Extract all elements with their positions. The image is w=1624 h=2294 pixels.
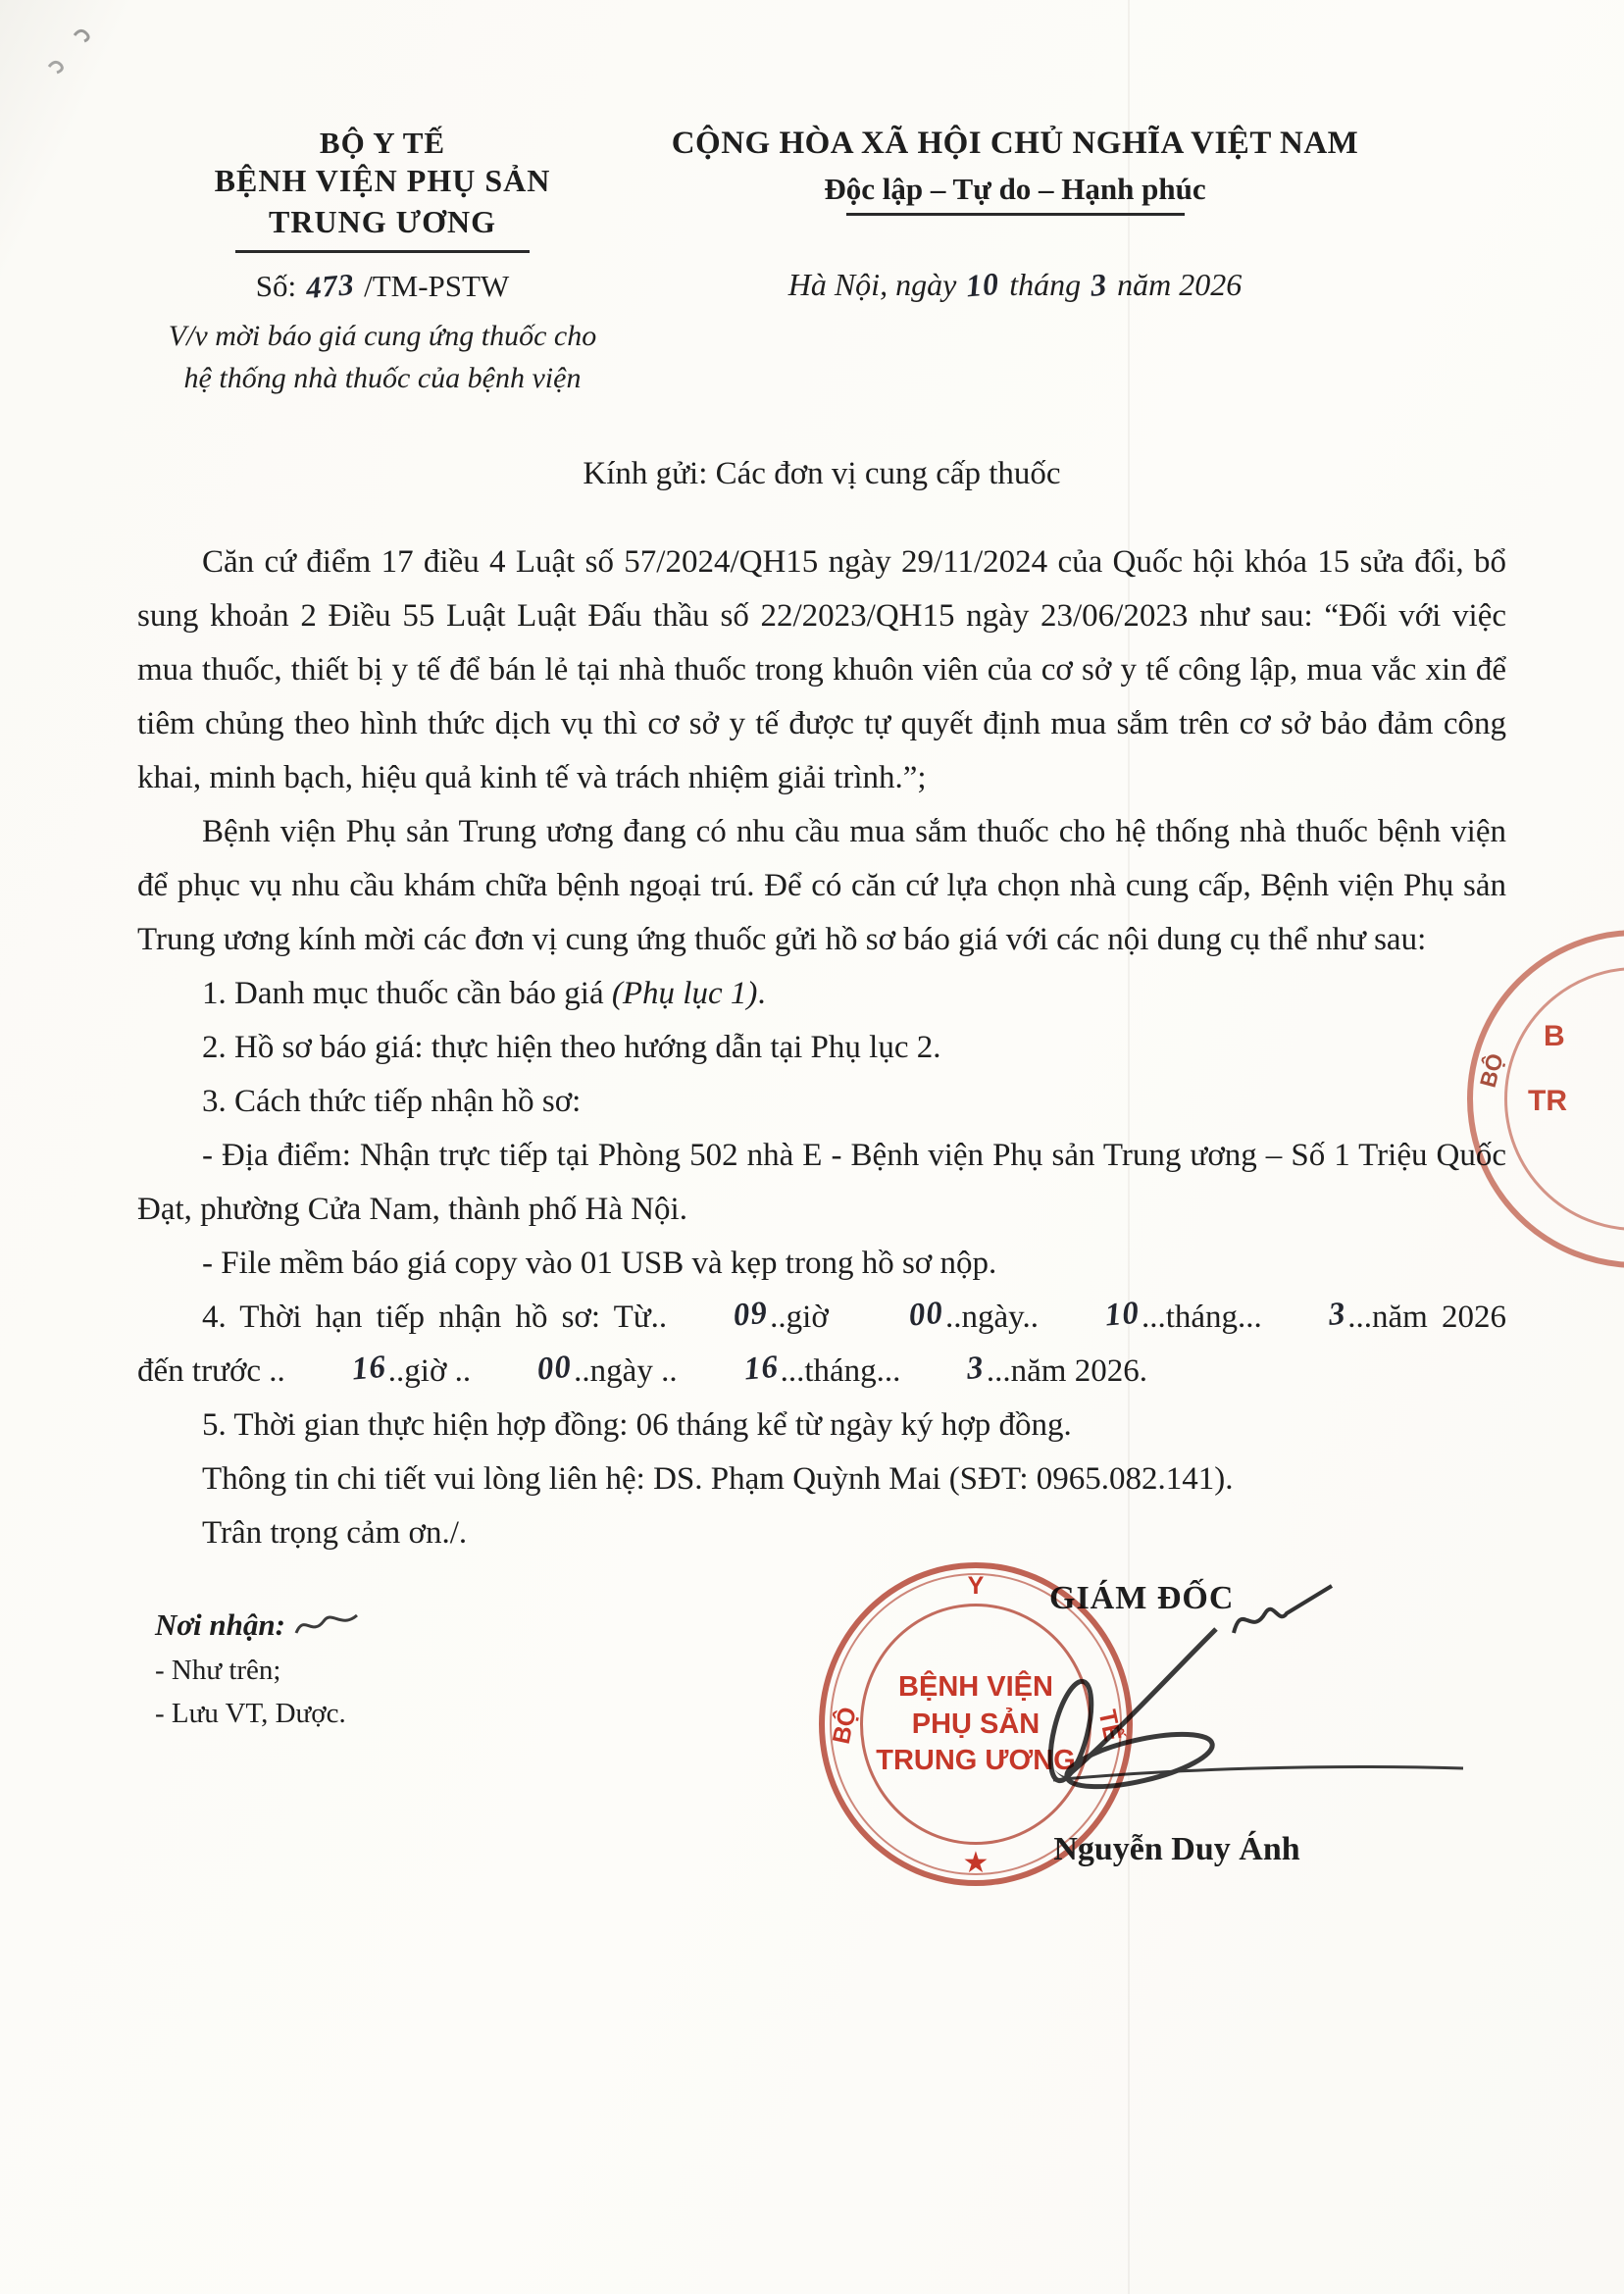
national-motto: Độc lập – Tự do – Hạnh phúc [628, 172, 1402, 207]
list-item-3: 3. Cách thức tiếp nhận hồ sơ: [137, 1075, 1506, 1129]
document-number-suffix: /TM-PSTW [364, 269, 509, 303]
recipients-block: Nơi nhận: - Như trên; - Lưu VT, Dược. [155, 1604, 361, 1734]
list-item-2: 2. Hồ sơ báo giá: thực hiện theo hướng d… [137, 1021, 1506, 1075]
list-item-4-deadline: 4. Thời hạn tiếp nhận hồ sơ: Từ..09..giờ… [137, 1291, 1506, 1399]
subject-line2: hệ thống nhà thuốc của bệnh viện [137, 358, 628, 400]
document-number-label: Số: [256, 269, 296, 303]
national-header-block: CỘNG HÒA XÃ HỘI CHỦ NGHĨA VIỆT NAM Độc l… [628, 126, 1402, 303]
deadline-text-3: ..ngày.. [945, 1300, 1039, 1335]
letter-content: BỘ Y TẾ BỆNH VIỆN PHỤ SẢN TRUNG ƯƠNG Số:… [0, 0, 1624, 2190]
deadline-month-end: 3 [898, 1342, 989, 1402]
document-number-handwritten: 473 [302, 267, 357, 307]
deadline-day-end: 16 [675, 1341, 782, 1403]
deadline-day-start: 10 [1037, 1287, 1143, 1350]
document-number-line: Số: 473 /TM-PSTW [137, 269, 628, 304]
deadline-minute-start: 00 [840, 1287, 947, 1350]
hospital-name-line2: TRUNG ƯƠNG [137, 202, 628, 243]
list-item-5-duration: 5. Thời gian thực hiện hợp đồng: 06 thán… [137, 1399, 1506, 1453]
subject-line1: V/v mời báo giá cung ứng thuốc cho [137, 316, 628, 358]
scanned-official-letter: BỘ Y TẾ BỆNH VIỆN PHỤ SẢN TRUNG ƯƠNG Số:… [0, 0, 1624, 2294]
header-left-rule [235, 250, 530, 253]
subject-block: V/v mời báo giá cung ứng thuốc cho hệ th… [137, 316, 628, 399]
place-date-line: Hà Nội, ngày 10 tháng 3 năm 2026 [628, 267, 1402, 303]
stamp-inner-circle: BỆNH VIỆN PHỤ SẢN TRUNG ƯƠNG [860, 1604, 1091, 1845]
deadline-text-6: ..giờ .. [388, 1353, 471, 1389]
recipient-1: - Như trên; [155, 1650, 361, 1691]
edge-stamp-fragment-tr: TR [1528, 1085, 1567, 1118]
national-title: CỘNG HÒA XÃ HỘI CHỦ NGHĨA VIỆT NAM [628, 126, 1402, 162]
motto-rule [846, 213, 1185, 216]
deadline-text-7: ..ngày .. [574, 1353, 677, 1389]
stamp-ring-letter-te: TẾ [1092, 1708, 1127, 1744]
deadline-text-1: 4. Thời hạn tiếp nhận hồ sơ: Từ.. [202, 1300, 667, 1335]
list-item-3a-location: - Địa điểm: Nhận trực tiếp tại Phòng 502… [137, 1129, 1506, 1237]
deadline-text-2: ..giờ [770, 1300, 842, 1335]
list-item-3b-usb: - File mềm báo giá copy vào 01 USB và kẹ… [137, 1237, 1506, 1291]
date-mid: tháng [1009, 267, 1081, 302]
deadline-minute-end: 00 [469, 1341, 576, 1403]
deadline-text-9: ...năm 2026. [987, 1353, 1147, 1389]
item1-period: . [757, 976, 765, 1011]
partial-edge-stamp: B TR BỘ [1467, 930, 1624, 1268]
item1-text: 1. Danh mục thuốc cần báo giá [202, 976, 612, 1011]
deadline-hour-start: 09 [665, 1287, 772, 1350]
deadline-text-8: ...tháng... [781, 1353, 901, 1389]
signer-name: Nguyễn Duy Ánh [981, 1831, 1373, 1868]
paragraph-legal-basis: Căn cứ điểm 17 điều 4 Luật số 57/2024/QH… [137, 535, 1506, 805]
ministry-name: BỘ Y TẾ [137, 126, 628, 161]
handwritten-tick [292, 1609, 361, 1639]
deadline-month-start: 3 [1260, 1288, 1350, 1349]
paragraph-invitation: Bệnh viện Phụ sản Trung ương đang có nhu… [137, 805, 1506, 967]
list-item-1: 1. Danh mục thuốc cần báo giá (Phụ lục 1… [137, 967, 1506, 1021]
date-pre: Hà Nội, ngày [788, 267, 957, 302]
salutation: Kính gửi: Các đơn vị cung cấp thuốc [137, 456, 1506, 492]
recipient-2: - Lưu VT, Dược. [155, 1693, 361, 1734]
closing-line: Trân trọng cảm ơn./. [137, 1506, 1506, 1560]
contact-line: Thông tin chi tiết vui lòng liên hệ: DS.… [137, 1453, 1506, 1506]
letter-footer: Nơi nhận: - Như trên; - Lưu VT, Dược. GI… [137, 1568, 1506, 2190]
stamp-text-line1: BỆNH VIỆN [898, 1669, 1053, 1707]
letter-body: Căn cứ điểm 17 điều 4 Luật số 57/2024/QH… [137, 535, 1506, 1560]
letter-header: BỘ Y TẾ BỆNH VIỆN PHỤ SẢN TRUNG ƯƠNG Số:… [137, 126, 1506, 399]
edge-stamp-fragment-b: B [1544, 1020, 1565, 1053]
deadline-hour-end: 16 [283, 1341, 390, 1403]
item1-appendix-ref: (Phụ lục 1) [612, 976, 757, 1011]
date-day-handwritten: 10 [963, 265, 1003, 304]
stamp-text-line3: TRUNG ƯƠNG [876, 1743, 1075, 1780]
stamp-text-line2: PHỤ SẢN [912, 1707, 1040, 1744]
recipients-label: Nơi nhận: [155, 1607, 285, 1642]
date-month-handwritten: 3 [1088, 266, 1111, 304]
deadline-text-4: ...tháng... [1142, 1300, 1262, 1335]
date-post: năm 2026 [1117, 267, 1242, 302]
stamp-ring-letter-y: Y [968, 1572, 985, 1601]
issuing-agency-block: BỘ Y TẾ BỆNH VIỆN PHỤ SẢN TRUNG ƯƠNG Số:… [137, 126, 628, 399]
hospital-name-line1: BỆNH VIỆN PHỤ SẢN [137, 161, 628, 202]
